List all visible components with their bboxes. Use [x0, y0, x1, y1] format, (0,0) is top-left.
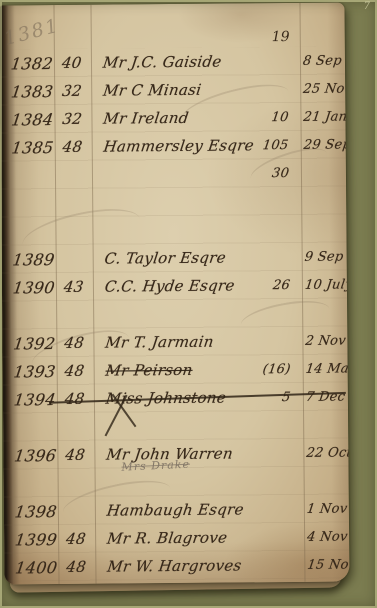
- cell-size: [57, 418, 94, 436]
- ledger-row: 139648Mr John Warren22 Oct 47Mrs Drake: [3, 438, 348, 469]
- cell-note: [256, 417, 303, 432]
- cell-name: Hammersley Esqre: [92, 136, 254, 155]
- cell-size: 48: [57, 390, 94, 408]
- cell-size: 48: [58, 558, 95, 576]
- cell-note: 5: [256, 389, 303, 404]
- cell-no: [1, 222, 55, 241]
- cell-note: (16): [256, 361, 303, 376]
- cell-date: 4 Nov 47: [304, 529, 349, 545]
- cell-no: 1393: [3, 362, 57, 381]
- cell-name: Mr W. Hargroves: [95, 556, 257, 575]
- ledger-row: 139348Mr Peirson(16)14 Mar 48: [3, 354, 348, 385]
- cell-no: 1399: [4, 530, 58, 549]
- ledger-row: 139448Miss Johnstone57 Dec 47: [3, 382, 348, 413]
- cell-size: [58, 474, 95, 492]
- cell-name: [92, 192, 254, 211]
- cell-no: [1, 194, 55, 213]
- cell-name: [94, 416, 256, 435]
- cell-date: 15 Nov 47: [304, 557, 349, 573]
- cell-date: 10 July 47: [302, 277, 350, 293]
- cell-name: [95, 472, 257, 491]
- cell-size: [56, 306, 93, 324]
- cell-note: [257, 557, 304, 572]
- cell-note: [253, 81, 300, 96]
- cell-size: [55, 222, 92, 240]
- cell-note: [254, 221, 301, 236]
- cell-no: [3, 418, 57, 437]
- cell-no: 1389: [2, 250, 56, 269]
- cell-size: 48: [57, 446, 94, 464]
- cell-date: [301, 221, 346, 236]
- ledger-row: 138432Mr Ireland1021 Jan 48: [0, 103, 345, 134]
- cell-note: [255, 333, 302, 348]
- cell-size: [56, 250, 93, 268]
- ledger-row: 30: [1, 158, 346, 189]
- cell-note: [255, 305, 302, 320]
- cell-no: 1400: [4, 558, 58, 577]
- cell-note: [257, 501, 304, 516]
- cell-date: [304, 473, 349, 488]
- cell-no: 1390: [2, 278, 56, 297]
- cell-no: 1383: [0, 82, 54, 101]
- cell-size: 32: [54, 82, 91, 100]
- cell-date: [302, 305, 347, 320]
- cell-note: [253, 53, 300, 68]
- cell-name: C.C. Hyde Esqre: [93, 276, 255, 295]
- photo-frame: { "page": { "ghost_number": "1381", "pag…: [0, 0, 377, 608]
- ledger-row: [2, 298, 347, 329]
- cell-no: 1398: [4, 502, 58, 521]
- cell-name: Mr C Minasi: [91, 80, 253, 99]
- ledger-row: [3, 410, 348, 441]
- page-number: 19: [272, 29, 290, 45]
- cell-date: 25 Nov 47: [300, 81, 349, 97]
- ledger-rows: 138240Mr J.C. Gaiside8 Sep 47138332Mr C …: [0, 47, 349, 582]
- cell-note: [255, 249, 302, 264]
- cell-note: 26: [255, 277, 302, 292]
- cell-size: [55, 166, 92, 184]
- cell-name: Hambaugh Esqre: [95, 500, 257, 519]
- ledger-row: 138332Mr C Minasi25 Nov 47: [0, 75, 345, 106]
- frame-corner-mark: 7: [364, 1, 370, 12]
- ledger-row: 138240Mr J.C. Gaiside8 Sep 47: [0, 47, 345, 78]
- cell-no: [2, 306, 56, 325]
- ledger-row: 138548Hammersley Esqre10529 Sep 47: [1, 131, 346, 162]
- cell-name: C. Taylor Esqre: [93, 248, 255, 267]
- cell-note: [254, 193, 301, 208]
- cell-no: 1396: [3, 446, 57, 465]
- ledger-row: 140048Mr W. Hargroves15 Nov 47: [4, 550, 349, 581]
- cell-note: 10: [253, 109, 300, 124]
- cell-name: Mr T. Jarmain: [93, 332, 255, 351]
- cell-note: [256, 445, 303, 460]
- cell-no: [4, 474, 58, 493]
- cell-size: 48: [55, 138, 92, 156]
- cell-size: [58, 502, 95, 520]
- ledger-row: 139248Mr T. Jarmain2 Nov 47: [2, 326, 347, 357]
- cell-note: [257, 529, 304, 544]
- cell-name: [92, 220, 254, 239]
- cell-note: 105: [254, 137, 301, 152]
- cell-name: Mr Peirson: [94, 360, 256, 379]
- cell-size: 40: [54, 54, 91, 72]
- ledger-page: 1381 19 138240Mr J.C. Gaiside8 Sep 47138…: [0, 3, 350, 585]
- cell-note: 30: [254, 165, 301, 180]
- ledger-row: 139043C.C. Hyde Esqre2610 July 47: [2, 270, 347, 301]
- cell-date: 21 Jan 48: [300, 109, 349, 125]
- cell-name: Mr R. Blagrove: [95, 528, 257, 547]
- cell-date: 1 Nov 47: [304, 501, 350, 517]
- cell-date: 8 Sep 47: [300, 53, 350, 69]
- cell-size: 48: [58, 530, 95, 548]
- cell-date: 29 Sep 47: [301, 137, 350, 153]
- ledger-row: 1398Hambaugh Esqre1 Nov 47: [4, 494, 349, 525]
- cell-size: 48: [57, 362, 94, 380]
- cell-date: 2 Nov 47: [302, 333, 349, 349]
- cell-no: 1384: [0, 110, 54, 129]
- cell-size: 43: [56, 278, 93, 296]
- ledger-row: [1, 214, 346, 245]
- cell-date: 14 Mar 48: [303, 361, 350, 377]
- cell-name: [93, 304, 255, 323]
- cell-no: 1382: [0, 54, 54, 73]
- cell-date: 22 Oct 47: [303, 445, 349, 461]
- cell-size: 32: [54, 110, 91, 128]
- cell-size: 48: [56, 334, 93, 352]
- cell-no: 1394: [3, 390, 57, 409]
- cell-date: 9 Sep 47: [302, 249, 350, 265]
- cell-name: Mr J.C. Gaiside: [91, 52, 253, 71]
- cell-date: [301, 165, 346, 180]
- cell-size: [55, 194, 92, 212]
- cell-no: 1385: [1, 138, 55, 157]
- cell-name: Mr Ireland: [91, 108, 253, 127]
- ledger-row: [1, 186, 346, 217]
- ledger-row: 139948Mr R. Blagrove4 Nov 47: [4, 522, 349, 553]
- cell-no: [1, 166, 55, 185]
- cell-name: [92, 164, 254, 183]
- cell-note: [257, 473, 304, 488]
- cell-date: [301, 193, 346, 208]
- cell-no: 1392: [2, 334, 56, 353]
- cell-date: [303, 417, 348, 432]
- ledger-row: 1389C. Taylor Esqre9 Sep 47: [2, 242, 347, 273]
